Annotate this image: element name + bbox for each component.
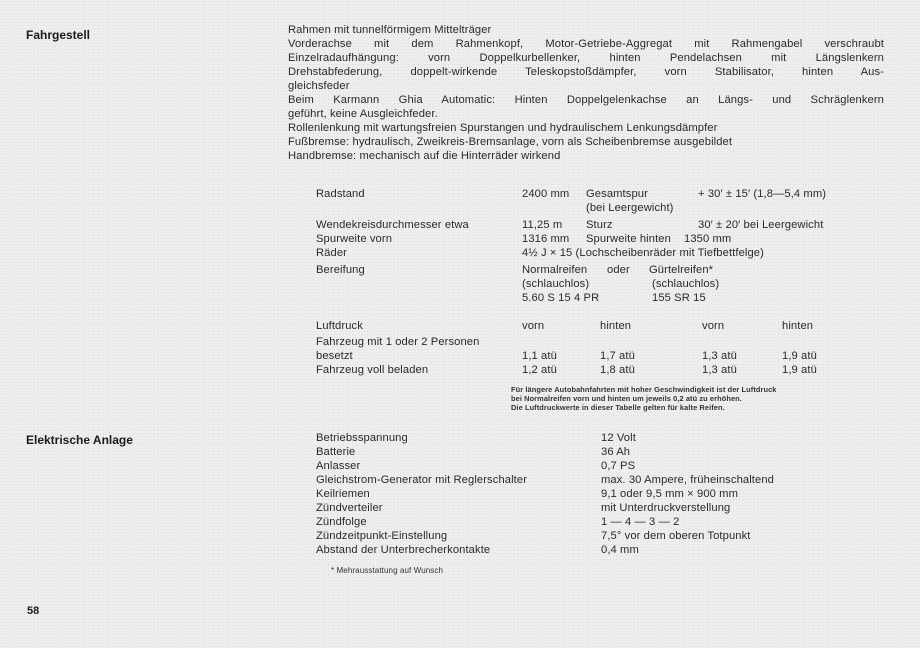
spec-label: Bereifung (316, 264, 365, 277)
chassis-paragraph: gleichsfeder (288, 80, 350, 93)
spec-value: 1350 mm (684, 233, 731, 246)
spec-value: 2400 mm (522, 188, 569, 201)
row-label: Fahrzeug mit 1 oder 2 Personen (316, 336, 479, 349)
electrical-label: Batterie (316, 446, 355, 459)
tire-connector: oder (607, 264, 630, 277)
chassis-paragraph: Drehstabfederung, doppelt-wirkende Teles… (288, 66, 884, 79)
chassis-paragraph: Beim Karmann Ghia Automatic: Hinten Dopp… (288, 94, 884, 107)
chassis-paragraph: geführt, keine Ausgleichfeder. (288, 108, 438, 121)
spec-label: Spurweite hinten (586, 233, 671, 246)
electrical-label: Anlasser (316, 460, 360, 473)
electrical-label: Zündzeitpunkt-Einstellung (316, 530, 447, 543)
row-label: Fahrzeug voll beladen (316, 364, 428, 377)
page-number: 58 (27, 605, 39, 617)
spec-value: + 30′ ± 15′ (1,8—5,4 mm) (698, 188, 826, 201)
spec-label-sub: (bei Leergewicht) (586, 202, 674, 215)
electrical-value: 1 — 4 — 3 — 2 (601, 516, 679, 529)
spec-label: Sturz (586, 219, 613, 232)
spec-value: 30′ ± 20′ bei Leergewicht (698, 219, 823, 232)
tire-pressure-label: Luftdruck (316, 320, 363, 333)
column-header: hinten (600, 320, 631, 333)
electrical-label: Zündfolge (316, 516, 367, 529)
tire-pressure-note: Die Luftdruckwerte in dieser Tabelle gel… (511, 403, 725, 412)
spec-value: 11,25 m (522, 219, 562, 232)
electrical-value: max. 30 Ampere, früheinschaltend (601, 474, 774, 487)
tire-normal-size: 5.60 S 15 4 PR (522, 292, 599, 305)
pressure-value: 1,3 atü (702, 364, 737, 377)
electrical-label: Gleichstrom-Generator mit Reglerschalter (316, 474, 527, 487)
pressure-value: 1,2 atü (522, 364, 557, 377)
footnote: * Mehrausstattung auf Wunsch (331, 566, 443, 575)
electrical-label: Abstand der Unterbrecherkontakte (316, 544, 490, 557)
row-label: besetzt (316, 350, 353, 363)
chassis-paragraph: Vorderachse mit dem Rahmenkopf, Motor-Ge… (288, 38, 884, 51)
electrical-value: 0,7 PS (601, 460, 635, 473)
tire-normal-name: Normalreifen (522, 264, 587, 277)
section-heading-electrical: Elektrische Anlage (26, 433, 133, 447)
tire-normal-type: (schlauchlos) (522, 278, 589, 291)
tire-pressure-note: Für längere Autobahnfahrten mit hoher Ge… (511, 385, 777, 394)
electrical-value: 9,1 oder 9,5 mm × 900 mm (601, 488, 738, 501)
chassis-paragraph: Handbremse: mechanisch auf die Hinterräd… (288, 150, 560, 163)
tire-pressure-note: bei Normalreifen vorn und hinten um jewe… (511, 394, 742, 403)
column-header: hinten (782, 320, 813, 333)
electrical-value: 7,5° vor dem oberen Totpunkt (601, 530, 751, 543)
column-header: vorn (702, 320, 724, 333)
spec-value: 1316 mm (522, 233, 569, 246)
chassis-paragraph: Rahmen mit tunnelförmigem Mittelträger (288, 24, 491, 37)
pressure-value: 1,1 atü (522, 350, 557, 363)
spec-label: Räder (316, 247, 347, 260)
spec-label: Wendekreisdurchmesser etwa (316, 219, 469, 232)
chassis-paragraph: Rollenlenkung mit wartungsfreien Spursta… (288, 122, 717, 135)
tire-guertel-size: 155 SR 15 (652, 292, 706, 305)
chassis-paragraph: Einzelradaufhängung: vorn Doppelkurbelle… (288, 52, 884, 65)
pressure-value: 1,7 atü (600, 350, 635, 363)
pressure-value: 1,8 atü (600, 364, 635, 377)
electrical-value: 36 Ah (601, 446, 630, 459)
pressure-value: 1,9 atü (782, 350, 817, 363)
electrical-label: Betriebsspannung (316, 432, 408, 445)
spec-label: Spurweite vorn (316, 233, 392, 246)
tire-guertel-name: Gürtelreifen* (649, 264, 713, 277)
electrical-value: mit Unterdruckverstellung (601, 502, 730, 515)
electrical-label: Zündverteiler (316, 502, 383, 515)
spec-label: Gesamtspur (586, 188, 648, 201)
spec-value: 4½ J × 15 (Lochscheibenräder mit Tiefbet… (522, 247, 764, 260)
electrical-value: 0,4 mm (601, 544, 639, 557)
chassis-paragraph: Fußbremse: hydraulisch, Zweikreis-Bremsa… (288, 136, 732, 149)
pressure-value: 1,9 atü (782, 364, 817, 377)
spec-label: Radstand (316, 188, 365, 201)
section-heading-chassis: Fahrgestell (26, 28, 90, 42)
pressure-value: 1,3 atü (702, 350, 737, 363)
column-header: vorn (522, 320, 544, 333)
electrical-value: 12 Volt (601, 432, 636, 445)
tire-guertel-type: (schlauchlos) (652, 278, 719, 291)
electrical-label: Keilriemen (316, 488, 370, 501)
